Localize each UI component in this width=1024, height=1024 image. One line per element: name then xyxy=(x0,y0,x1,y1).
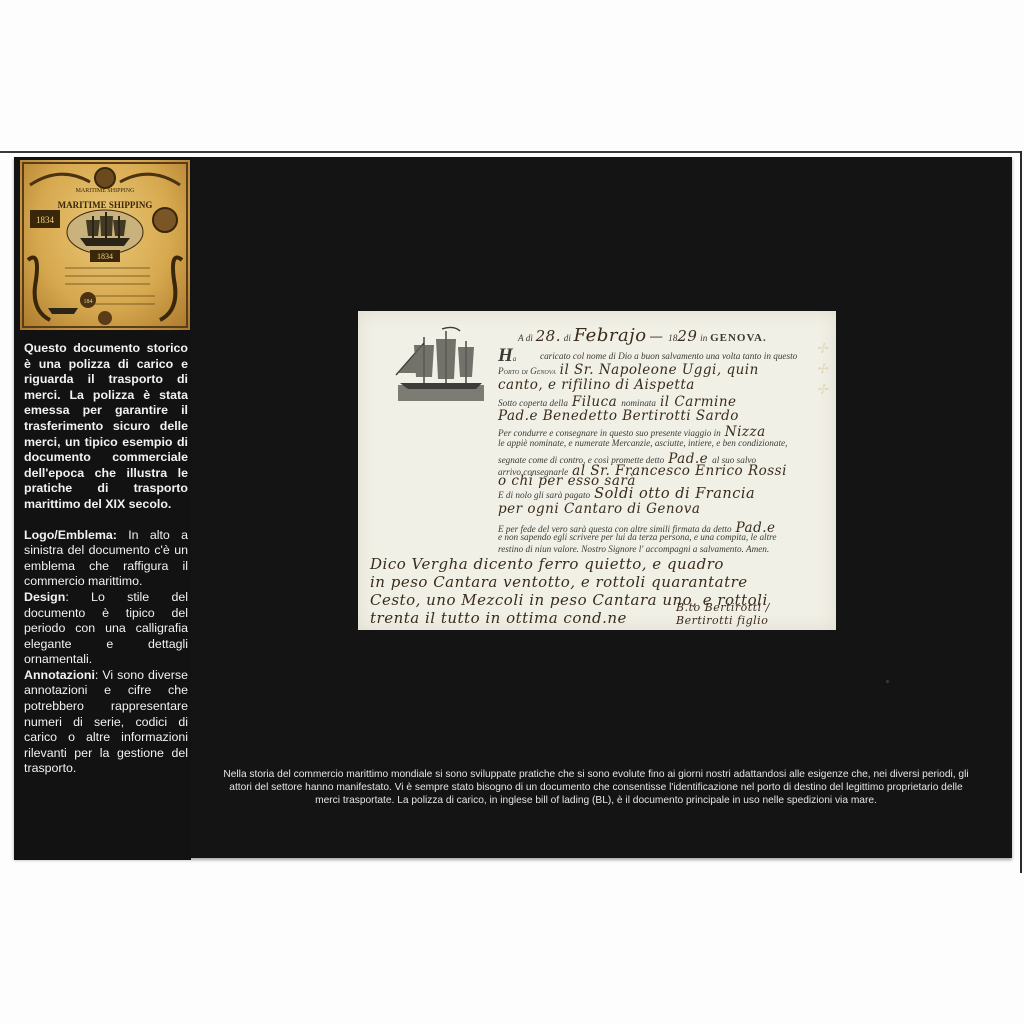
doc-line: canto, e rifilino di Aispetta xyxy=(498,377,695,393)
svg-text:MARITIME SHIPPING: MARITIME SHIPPING xyxy=(76,188,136,194)
svg-text:184: 184 xyxy=(84,299,93,305)
bill-of-lading-document: A dì 28. di Febrajo — 1829 in GENOVA. Ha… xyxy=(358,311,836,630)
section-annotations: Annotazioni: Vi sono diverse annotazioni… xyxy=(24,668,188,777)
section-logo: Logo/Emblema: In alto a sinistra del doc… xyxy=(24,528,188,590)
handwritten-line: Dico Vergha dicento ferro quietto, e qua… xyxy=(370,555,724,573)
svg-text:MARITIME SHIPPING: MARITIME SHIPPING xyxy=(58,200,153,210)
document-header: A dì 28. di Febrajo — 1829 in GENOVA. xyxy=(518,325,767,346)
doc-line: caricato col nome di Dio a buon salvamen… xyxy=(540,351,797,361)
doc-line: Pad.e Benedetto Bertirotti Sardo xyxy=(498,408,739,424)
watermark: ✢ ✢ ✢ xyxy=(814,341,830,398)
doc-line: restino di niun valore. Nostro Signore l… xyxy=(498,544,769,554)
section-label: Logo/Emblema: xyxy=(24,528,117,542)
doc-line: e non sapendo egli scrivere per lui da t… xyxy=(498,532,776,542)
section-label: Annotazioni xyxy=(24,668,95,682)
doc-line: per ogni Cantaro di Genova xyxy=(498,501,700,517)
top-rule xyxy=(0,151,1020,153)
handwritten-line: trenta il tutto in ottima cond.ne xyxy=(370,609,627,627)
handwritten-line: in peso Cantara ventotto, e rottoli quar… xyxy=(370,573,748,591)
sailing-ship-icon xyxy=(394,325,486,403)
caption: Nella storia del commercio marittimo mon… xyxy=(222,768,970,807)
svg-text:1834: 1834 xyxy=(97,252,113,261)
section-label: Design xyxy=(24,590,65,604)
doc-line: le appiè nominate, e numerate Mercanzie,… xyxy=(498,438,787,448)
section-text: : Vi sono diverse annotazioni e cifre ch… xyxy=(24,668,188,776)
speck xyxy=(886,680,889,683)
signature: B.to Bertirotti / Bertirotti figlio xyxy=(676,601,816,627)
svg-text:1834: 1834 xyxy=(36,215,55,225)
intro-paragraph: Questo documento storico è una polizza d… xyxy=(24,341,188,513)
sidebar-description: Questo documento storico è una polizza d… xyxy=(24,341,188,777)
crest-icon xyxy=(95,168,115,188)
maritime-shipping-emblem: MARITIME SHIPPING MARITIME SHIPPING 1834… xyxy=(20,160,190,330)
section-design: Design: Lo stile del documento è tipico … xyxy=(24,590,188,668)
right-rule xyxy=(1020,151,1022,873)
